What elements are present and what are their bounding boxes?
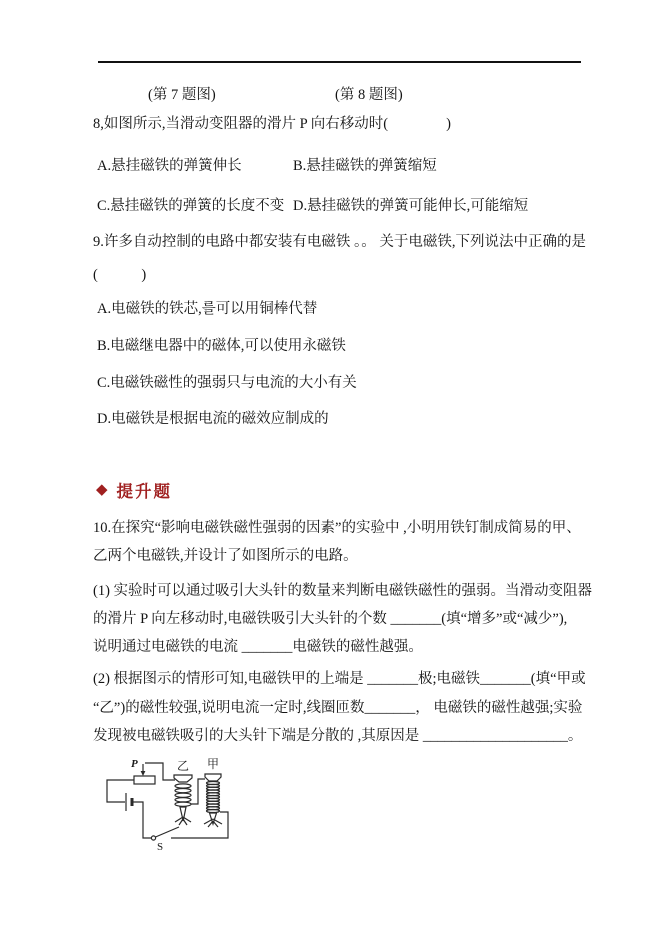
figure-8-caption: (第 8 题图) xyxy=(335,87,403,104)
question-10-part2-line1: (2) 根据图示的情形可知,电磁铁甲的上端是 _______极;电磁铁_____… xyxy=(93,671,586,688)
section-title: 提升题 xyxy=(117,478,173,502)
question-10-part2-line2: “乙”)的磁性较强,说明电流一定时,线圈匝数_______， 电磁铁的磁性越强;… xyxy=(93,700,582,717)
question-9-text: 9.许多自动控制的电路中都安装有电磁铁 。。 关于电磁铁,下列说法中正确的是 xyxy=(93,234,586,251)
yi-coil-turn xyxy=(175,784,191,788)
circuit-diagram-svg: P S 乙 甲 xyxy=(95,753,275,855)
question-10-part1-line3: 说明通过电磁铁的电流 _______电磁铁的磁性越强。 xyxy=(93,639,423,656)
jia-screw-tip xyxy=(210,813,217,824)
question-9-option-c: C.电磁铁磁性的强弱只与电流的大小有关 xyxy=(97,375,357,392)
question-8-text: 8,如图所示,当滑动变阻器的滑片 P 向右移动时( ) xyxy=(93,116,451,133)
yi-coil-turn xyxy=(175,793,191,797)
yi-coil-turn xyxy=(175,802,191,806)
wire-battery-to-switch xyxy=(132,802,151,838)
switch-blade xyxy=(156,827,180,837)
yi-pin xyxy=(179,819,183,825)
question-8-option-c: C.悬挂磁铁的弹簧的长度不变 xyxy=(97,198,284,215)
rheostat-body xyxy=(134,776,155,784)
wire-yi-to-jia xyxy=(191,779,205,804)
question-10-part1-line2: 的滑片 P 向左移动时,电磁铁吸引大头针的个数 _______(填“增多”或“减… xyxy=(93,611,567,628)
wire-rheostat-to-battery xyxy=(107,780,134,802)
question-9-option-a: A.电磁铁的铁芯,를可以用铜棒代替 xyxy=(97,301,317,318)
yi-coil-turn xyxy=(175,789,191,793)
worksheet-page: (第 7 题图) (第 8 题图) 8,如图所示,当滑动变阻器的滑片 P 向右移… xyxy=(0,0,661,935)
question-10-part2-line3: 发现被电磁铁吸引的大头针下端是分散的 ,其原因是 _______________… xyxy=(93,728,582,745)
rheostat-slider-arrowhead xyxy=(141,771,146,776)
question-9-option-b: B.电磁继电器中的磁体,可以使用永磁铁 xyxy=(97,338,346,355)
circuit-diagram: P S 乙 甲 xyxy=(95,753,275,860)
yi-screw-head xyxy=(174,775,192,782)
yi-coil-turn xyxy=(175,798,191,802)
figure-7-caption: (第 7 题图) xyxy=(148,87,216,104)
question-8-option-a: A.悬挂磁铁的弹簧伸长 xyxy=(97,158,242,175)
divider-line xyxy=(98,61,581,63)
question-10-line1: 10.在探究“影响电磁铁磁性强弱的因素”的实验中 ,小明用铁钉制成简易的甲、 xyxy=(93,520,581,537)
label-yi: 乙 xyxy=(177,759,189,773)
question-10-part1-line1: (1) 实验时可以通过吸引大头针的数量来判断电磁铁磁性的强弱。当滑动变阻器 xyxy=(93,583,592,600)
label-s: S xyxy=(157,841,163,853)
question-8-option-b: B.悬挂磁铁的弹簧缩短 xyxy=(293,158,437,175)
diamond-icon: ◆ xyxy=(96,483,108,498)
question-10-line2: 乙两个电磁铁,并设计了如图所示的电路。 xyxy=(93,548,358,565)
yi-pin xyxy=(183,819,187,825)
label-jia: 甲 xyxy=(207,757,219,771)
question-8-option-d: D.悬挂磁铁的弹簧可能伸长,可能缩短 xyxy=(293,198,528,215)
switch-contact xyxy=(151,836,155,840)
question-9-answer-parens: ( ) xyxy=(93,267,146,284)
section-header: ◆ 提升题 xyxy=(96,478,172,502)
jia-coil-turn xyxy=(207,810,220,813)
wire-slider-to-yi xyxy=(145,763,175,780)
question-9-option-d: D.电磁铁是根据电流的磁效应制成的 xyxy=(97,411,329,428)
jia-screw-head xyxy=(205,774,221,781)
label-p: P xyxy=(131,758,138,770)
